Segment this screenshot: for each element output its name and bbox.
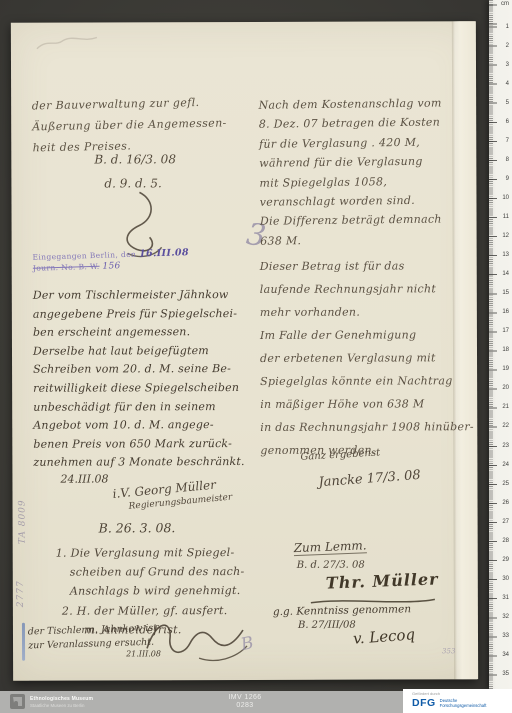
text-line: 27 [498, 513, 512, 532]
text-line: Im Falle der Genehmigung [260, 323, 474, 347]
text-line: 17 [498, 322, 512, 341]
dfg-logo: DFG [412, 697, 436, 709]
text-line: 30 [498, 570, 512, 589]
signature-thr-mueller: Thr. Müller [325, 569, 438, 592]
text-line: ben erscheint angemessen. [33, 323, 244, 342]
pencil-mark-353: 353 [442, 647, 455, 655]
text-line: mit Spiegelglas 1058, [259, 171, 442, 193]
text-line: unbeschädigt für den in seinem [33, 398, 244, 417]
text-line: 19 [498, 360, 512, 379]
text-line: 16 [498, 303, 512, 322]
ruler-unit-label: cm [501, 1, 509, 7]
text-line: 8 [498, 151, 512, 170]
text-line: Angebot vom 10. d. M. angege- [33, 416, 244, 435]
archive-footer-bar: Ethnologisches Museum Staatliche Museen … [0, 691, 512, 713]
text-line: 11 [498, 208, 512, 227]
stamp-journal-number-label: Journ. No. B. W. [33, 262, 100, 273]
text-line: 20 [498, 379, 512, 398]
acknowledgement-date: B. 27/III/08 [298, 620, 356, 631]
bottom-note: der Tischlerm. Jahnkow istzur Veranlassu… [28, 622, 158, 653]
text-line: 10 [498, 189, 512, 208]
stamp-print-text: Eingegangen Berlin, den [32, 250, 136, 262]
referral-subdate: d. 9. d. 5. [104, 176, 161, 190]
margin-number-2777: 2777 [16, 559, 26, 629]
text-line: 35 [498, 665, 512, 684]
text-line: Nach dem Kostenanschlag vom [258, 94, 441, 116]
text-line: 26 [498, 494, 512, 513]
text-line: der erbetenen Verglasung mit [260, 346, 474, 370]
text-line: 13 [498, 246, 512, 265]
text-line: 2 [498, 37, 512, 56]
text-line: Der vom Tischlermeister Jähnkow [33, 286, 244, 305]
text-line: 31 [498, 589, 512, 608]
text-line: angegebene Preis für Spiegelschei- [33, 305, 244, 324]
referral-date: B. d. 16/3. 08 [94, 152, 176, 166]
main-paragraph: Der vom Tischlermeister Jähnkowangegeben… [33, 286, 245, 473]
text-line: Derselbe hat laut beigefügtem [33, 342, 244, 361]
text-line: Dieser Betrag ist für das [260, 254, 474, 278]
archive-scan-viewer: { "viewer": { "ruler": { "unit_label": "… [0, 0, 512, 713]
text-line: 1 [498, 18, 512, 37]
text-line: zunehmen auf 3 Monate beschränkt. [33, 453, 244, 472]
text-line: 18 [498, 341, 512, 360]
ink-flourish-scrawl [141, 608, 251, 663]
text-line: mehr vorhanden. [260, 300, 474, 324]
text-line: 24 [498, 456, 512, 475]
paragraph-date: 24.III.08 [60, 472, 108, 485]
text-line: 33 [498, 627, 512, 646]
text-line: Anschlags b wird genehmigt. [56, 581, 245, 601]
text-line: 8. Dez. 07 betragen die Kosten [259, 113, 442, 135]
acknowledgement-note: g.g. Kenntniss genommen [273, 603, 411, 618]
text-line: 3 [498, 56, 512, 75]
text-line: 22 [498, 417, 512, 436]
budget-paragraph: Dieser Betrag ist für daslaufende Rechnu… [260, 254, 474, 462]
text-line: Die Differenz beträgt demnach [260, 210, 443, 232]
text-line: reitwilligkeit diese Spiegelscheiben [33, 379, 244, 398]
cm-ruler: cm 1234567891011121314151617181920212223… [489, 0, 512, 689]
ruler-numbers: 1234567891011121314151617181920212223242… [498, 18, 512, 685]
text-line: Schreiben vom 20. d. M. seine Be- [33, 360, 244, 379]
pencil-scribble [33, 32, 103, 54]
text-line: für die Verglasung . 420 M, [259, 132, 442, 154]
text-line: 29 [498, 551, 512, 570]
text-line: veranschlagt worden sind. [260, 191, 443, 213]
text-line: 14 [498, 265, 512, 284]
text-line: 32 [498, 608, 512, 627]
note-referral: der Bauverwaltung zur gefl.Äußerung über… [32, 91, 228, 158]
text-line: 21 [498, 398, 512, 417]
dfg-name-line2: Forschungsgemeinschaft [440, 703, 487, 708]
text-line: 15 [498, 284, 512, 303]
routing-date: B. d. 27/3. 08 [297, 560, 365, 571]
signature-von-lecoq: v. Lecoq [352, 625, 415, 648]
text-line: in das Rechnungsjahr 1908 hinüber- [260, 415, 474, 439]
text-line: scheiben auf Grund des nach- [56, 562, 245, 582]
text-line: laufende Rechnungsjahr nicht [260, 277, 474, 301]
text-line: 5 [498, 94, 512, 113]
funding-badge: Gefördert durch DFG Deutsche Forschungsg… [403, 689, 512, 713]
manuscript-page: der Bauverwaltung zur gefl.Äußerung über… [11, 21, 477, 681]
text-line: 28 [498, 532, 512, 551]
dfg-name: Deutsche Forschungsgemeinschaft [440, 698, 487, 708]
text-line: benen Preis von 650 Mark zurück- [33, 435, 244, 454]
text-line: während für die Verglasung [259, 152, 442, 174]
routing-note: Zum Lemm. [293, 538, 366, 556]
received-stamp: Eingegangen Berlin, den 16.III.08 Journ.… [32, 247, 189, 274]
text-line: 6 [498, 113, 512, 132]
cost-estimate-paragraph: Nach dem Kostenanschlag vom8. Dez. 07 be… [258, 94, 443, 251]
text-line: 638 M. [260, 229, 443, 251]
text-line: Äußerung über die Angemessen- [32, 112, 227, 137]
text-line: 7 [498, 132, 512, 151]
text-line: 1. Die Verglasung mit Spiegel- [56, 543, 245, 563]
dfg-logo-row: DFG Deutsche Forschungsgemeinschaft [412, 697, 486, 709]
funding-prefix: Gefördert durch [412, 691, 440, 696]
signature-jancke: Jancke 17/3. 08 [318, 468, 421, 490]
stamp-journal-number: 156 [102, 261, 121, 272]
text-line: 25 [498, 475, 512, 494]
text-line: 9 [498, 170, 512, 189]
text-line: 34 [498, 646, 512, 665]
stamp-handwritten-date: 16.III.08 [139, 247, 189, 259]
margin-number-ta: TA 8009 [17, 487, 27, 557]
text-line: Spiegelglas könnte ein Nachtrag [260, 369, 474, 393]
text-line: 23 [498, 437, 512, 456]
decision-date: B. 26. 3. 08. [99, 520, 176, 535]
text-line: in mäßiger Höhe von 638 M [260, 392, 474, 416]
text-line: 12 [498, 227, 512, 246]
text-line: 4 [498, 75, 512, 94]
